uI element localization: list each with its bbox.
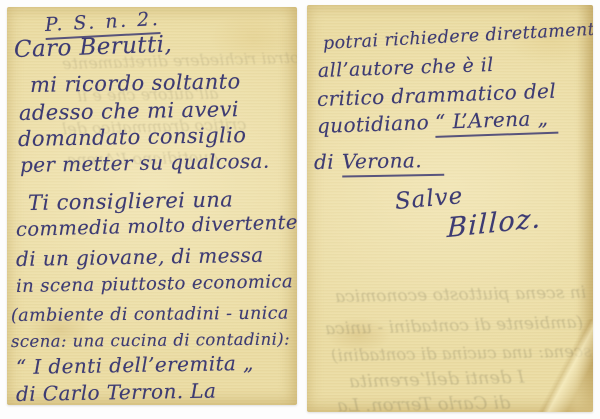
handwriting-line: all’autore che è il [318, 56, 494, 82]
handwriting-line: di un giovane, di messa [16, 245, 264, 270]
bleed-through-text: in scena piuttosto economica [335, 283, 586, 307]
handwriting-line: domandato consiglio [18, 124, 247, 150]
letter-page-left: potrai richiedere direttamente all’autor… [7, 7, 297, 405]
bleed-through-text: scena: una cucina di contadini) [331, 342, 592, 366]
handwriting-line: per metter su qualcosa. [20, 151, 270, 176]
newspaper-title: “ L’Arena „ [435, 106, 559, 138]
handwriting-line: commedia molto divertente [16, 213, 297, 241]
newspaper-line-prefix: quotidiano [317, 110, 430, 138]
bleed-through-text: di Carlo Terron. La [337, 392, 511, 412]
newspaper-line: quotidiano“ L’Arena „ [317, 108, 559, 137]
bleed-through-text: I denti dell’eremita [349, 367, 525, 393]
handwriting-line: mi ricordo soltanto [30, 70, 241, 96]
city-line-prefix: di [314, 150, 334, 174]
handwriting-line: (ambiente di contadini - unica [11, 305, 289, 326]
handwriting-line: Caro Berutti, [14, 32, 173, 62]
handwriting-line: Ti consiglierei una [28, 188, 234, 214]
city-line: diVerona. [314, 150, 444, 173]
bleed-through-text: (ambiente di contadini - unica [325, 313, 584, 340]
handwriting-line: scena: una cucina di contadini): [11, 331, 290, 351]
letter-page-right: in scena piuttosto economica (ambiente d… [307, 5, 593, 412]
handwriting-line: critico drammatico del [317, 81, 557, 110]
handwriting-line: in scena piuttosto economica [16, 273, 293, 297]
signature: Billoz. [447, 205, 543, 244]
handwriting-line: di Carlo Terron. La [16, 381, 217, 405]
handwriting-line: potrai richiedere direttamente [323, 20, 593, 53]
play-title-line: “ I denti dell’eremita „ [16, 353, 254, 378]
city-name: Verona. [342, 148, 444, 178]
handwriting-line: adesso che mi avevi [19, 98, 239, 124]
letter-scan: potrai richiedere direttamente all’autor… [0, 0, 600, 419]
letter-closing: Salve [394, 184, 464, 214]
